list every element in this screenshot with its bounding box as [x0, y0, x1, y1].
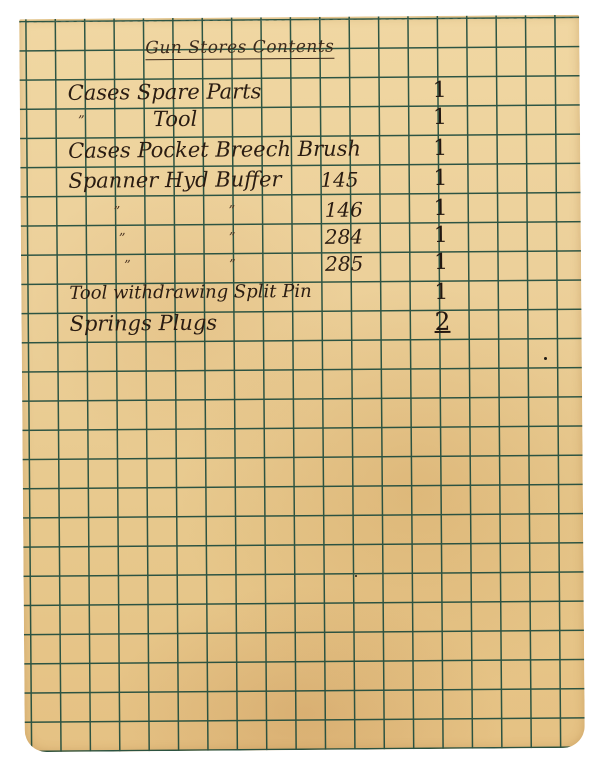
list-row: Cases Spare Parts — [68, 79, 262, 109]
item-number: 284 — [325, 225, 363, 249]
scan-background: Gun Stores Contents Cases Spare Parts 1 … — [0, 0, 597, 768]
item-label: Spanner Hyd Buffer — [68, 167, 281, 193]
quantity: 2 — [434, 307, 450, 336]
item-label: Cases Pocket Breech Brush — [68, 137, 361, 163]
ink-speck — [544, 357, 547, 360]
quantity: 1 — [433, 105, 447, 130]
quantity: 1 — [433, 166, 447, 191]
ditto-mark: ” — [229, 258, 236, 273]
list-row: Tool withdrawing Split Pin — [69, 281, 312, 311]
quantity: 1 — [434, 196, 448, 221]
quantity: 1 — [434, 280, 448, 305]
item-number: 146 — [325, 198, 363, 222]
quantity: 1 — [433, 136, 447, 161]
list-row: Cases Pocket Breech Brush — [68, 137, 361, 167]
ditto-mark: ” — [114, 204, 121, 219]
quantity: 1 — [434, 250, 448, 275]
ink-speck — [355, 575, 357, 577]
ditto-mark: ” — [124, 258, 131, 273]
item-label: Tool withdrawing Split Pin — [69, 281, 312, 304]
item-number: 285 — [325, 252, 363, 276]
quantity: 1 — [434, 223, 448, 248]
item-label: Springs Plugs — [69, 311, 217, 336]
item-label: Cases Spare Parts — [68, 79, 262, 105]
document-title: Gun Stores Contents — [145, 37, 334, 60]
item-number: 145 — [320, 168, 358, 192]
ditto-mark: ” — [119, 231, 126, 246]
list-row: Spanner Hyd Buffer 145 — [68, 167, 281, 197]
quantity: 1 — [433, 78, 447, 103]
ditto-mark: ” — [229, 204, 236, 219]
ditto-mark: ” — [229, 231, 236, 246]
handwritten-list: Gun Stores Contents Cases Spare Parts 1 … — [19, 15, 585, 752]
graph-paper-sheet: Gun Stores Contents Cases Spare Parts 1 … — [19, 15, 585, 752]
item-label: Tool — [153, 107, 198, 131]
list-row: Springs Plugs — [69, 311, 217, 340]
ditto-mark: ” — [78, 114, 85, 129]
